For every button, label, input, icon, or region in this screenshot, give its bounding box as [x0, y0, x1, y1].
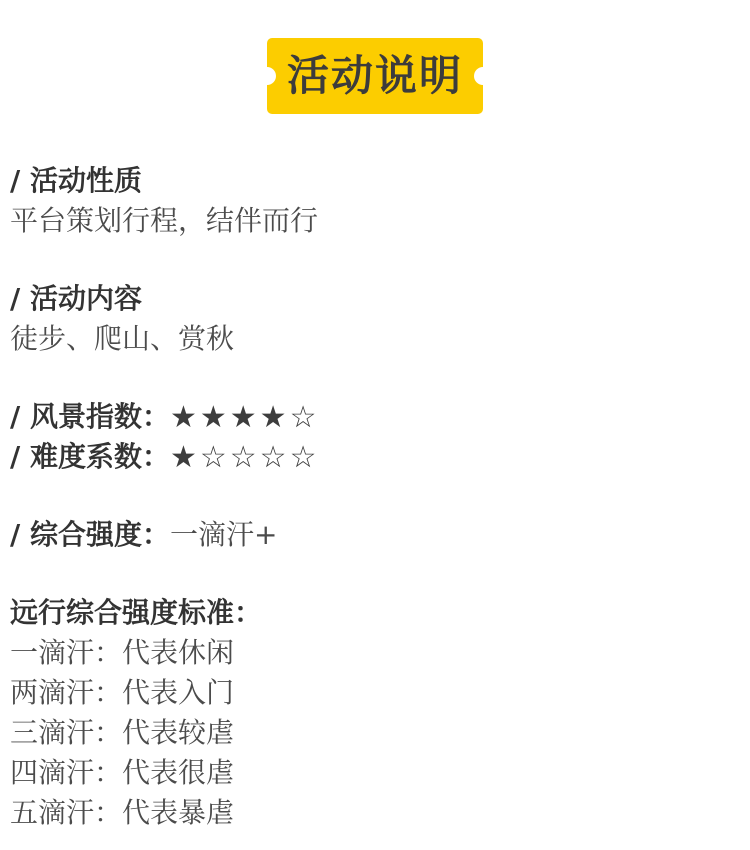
intensity-level-item: 五滴汗：代表暴虐 — [10, 793, 750, 833]
content-area: / 活动性质 平台策划行程，结伴而行 / 活动内容 徒步、爬山、赏秋 / 风景指… — [0, 114, 750, 833]
intensity-standard-heading: 远行综合强度标准： — [10, 593, 750, 633]
difficulty-star-rating: ★☆☆☆☆ — [170, 440, 319, 475]
section-heading-activity-content: / 活动内容 — [10, 279, 750, 319]
intensity-level-item: 三滴汗：代表较虐 — [10, 713, 750, 753]
ticket-notch-right — [474, 67, 492, 85]
overall-intensity-value: 一滴汗+ — [170, 518, 277, 551]
section-heading-activity-nature: / 活动性质 — [10, 161, 750, 201]
scenery-star-rating: ★★★★☆ — [170, 400, 319, 435]
scenery-index-label: / 风景指数： — [10, 400, 170, 433]
page-title: 活动说明 — [287, 51, 463, 100]
activity-content-text: 徒步、爬山、赏秋 — [10, 319, 750, 359]
intensity-level-item: 两滴汗：代表入门 — [10, 673, 750, 713]
intensity-level-item: 四滴汗：代表很虐 — [10, 753, 750, 793]
overall-intensity-row: / 综合强度：一滴汗+ — [10, 515, 750, 555]
difficulty-index-row: / 难度系数：★☆☆☆☆ — [10, 437, 750, 477]
overall-intensity-label: / 综合强度： — [10, 518, 170, 551]
scenery-index-row: / 风景指数：★★★★☆ — [10, 397, 750, 437]
activity-description-page: 活动说明 / 活动性质 平台策划行程，结伴而行 / 活动内容 徒步、爬山、赏秋 … — [0, 0, 750, 850]
difficulty-index-label: / 难度系数： — [10, 440, 170, 473]
activity-nature-text: 平台策划行程，结伴而行 — [10, 201, 750, 241]
ticket-notch-left — [258, 67, 276, 85]
banner-container: 活动说明 — [0, 0, 750, 114]
intensity-level-item: 一滴汗：代表休闲 — [10, 633, 750, 673]
page-title-banner: 活动说明 — [267, 38, 483, 114]
